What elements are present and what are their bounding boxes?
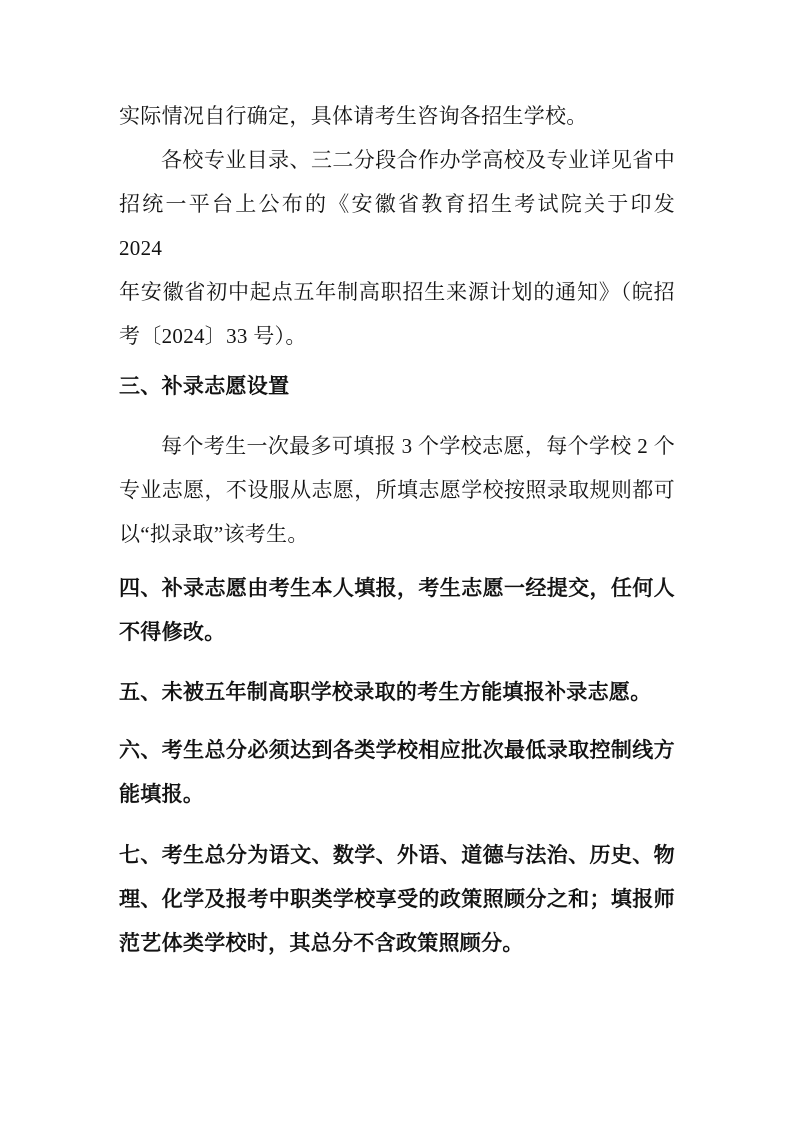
- text-line: 理、化学及报考中职类学校享受的政策照顾分之和；填报师: [119, 877, 675, 921]
- text-line: 六、考生总分必须达到各类学校相应批次最低录取控制线方: [119, 728, 675, 772]
- text-line: 能填报。: [119, 772, 675, 816]
- text-line: 不得修改。: [119, 610, 675, 654]
- text-line: 实际情况自行确定，具体请考生咨询各招生学校。: [119, 94, 675, 138]
- paragraph-catalog: 各校专业目录、三二分段合作办学高校及专业详见省中 招统一平台上公布的《安徽省教育…: [119, 138, 675, 358]
- heading-section-3: 三、补录志愿设置: [119, 364, 675, 408]
- paragraph-section-6: 六、考生总分必须达到各类学校相应批次最低录取控制线方 能填报。: [119, 728, 675, 816]
- text-line: 年安徽省初中起点五年制高职招生来源计划的通知》（皖招: [119, 270, 675, 314]
- document-page: 实际情况自行确定，具体请考生咨询各招生学校。 各校专业目录、三二分段合作办学高校…: [0, 0, 793, 1122]
- text-line: 五、未被五年制高职学校录取的考生方能填报补录志愿。: [119, 670, 675, 714]
- text-line: 七、考生总分为语文、数学、外语、道德与法治、历史、物: [119, 833, 675, 877]
- document-content: 实际情况自行确定，具体请考生咨询各招生学校。 各校专业目录、三二分段合作办学高校…: [119, 94, 675, 965]
- section-heading-text: 三、补录志愿设置: [119, 364, 675, 408]
- text-line: 各校专业目录、三二分段合作办学高校及专业详见省中: [119, 138, 675, 182]
- text-line: 以“拟录取”该考生。: [119, 512, 675, 556]
- paragraph-section-4: 四、补录志愿由考生本人填报，考生志愿一经提交，任何人 不得修改。: [119, 566, 675, 654]
- text-line: 每个考生一次最多可填报 3 个学校志愿，每个学校 2 个: [119, 424, 675, 468]
- text-line: 四、补录志愿由考生本人填报，考生志愿一经提交，任何人: [119, 566, 675, 610]
- text-line: 招统一平台上公布的《安徽省教育招生考试院关于印发 2024: [119, 182, 675, 270]
- text-line: 专业志愿，不设服从志愿，所填志愿学校按照录取规则都可: [119, 468, 675, 512]
- text-line: 考〔2024〕33 号）。: [119, 314, 675, 358]
- paragraph-volunteer-rules: 每个考生一次最多可填报 3 个学校志愿，每个学校 2 个 专业志愿，不设服从志愿…: [119, 424, 675, 556]
- paragraph-section-5: 五、未被五年制高职学校录取的考生方能填报补录志愿。: [119, 670, 675, 714]
- paragraph-continuation: 实际情况自行确定，具体请考生咨询各招生学校。: [119, 94, 675, 138]
- text-line: 范艺体类学校时，其总分不含政策照顾分。: [119, 921, 675, 965]
- paragraph-section-7: 七、考生总分为语文、数学、外语、道德与法治、历史、物 理、化学及报考中职类学校享…: [119, 833, 675, 965]
